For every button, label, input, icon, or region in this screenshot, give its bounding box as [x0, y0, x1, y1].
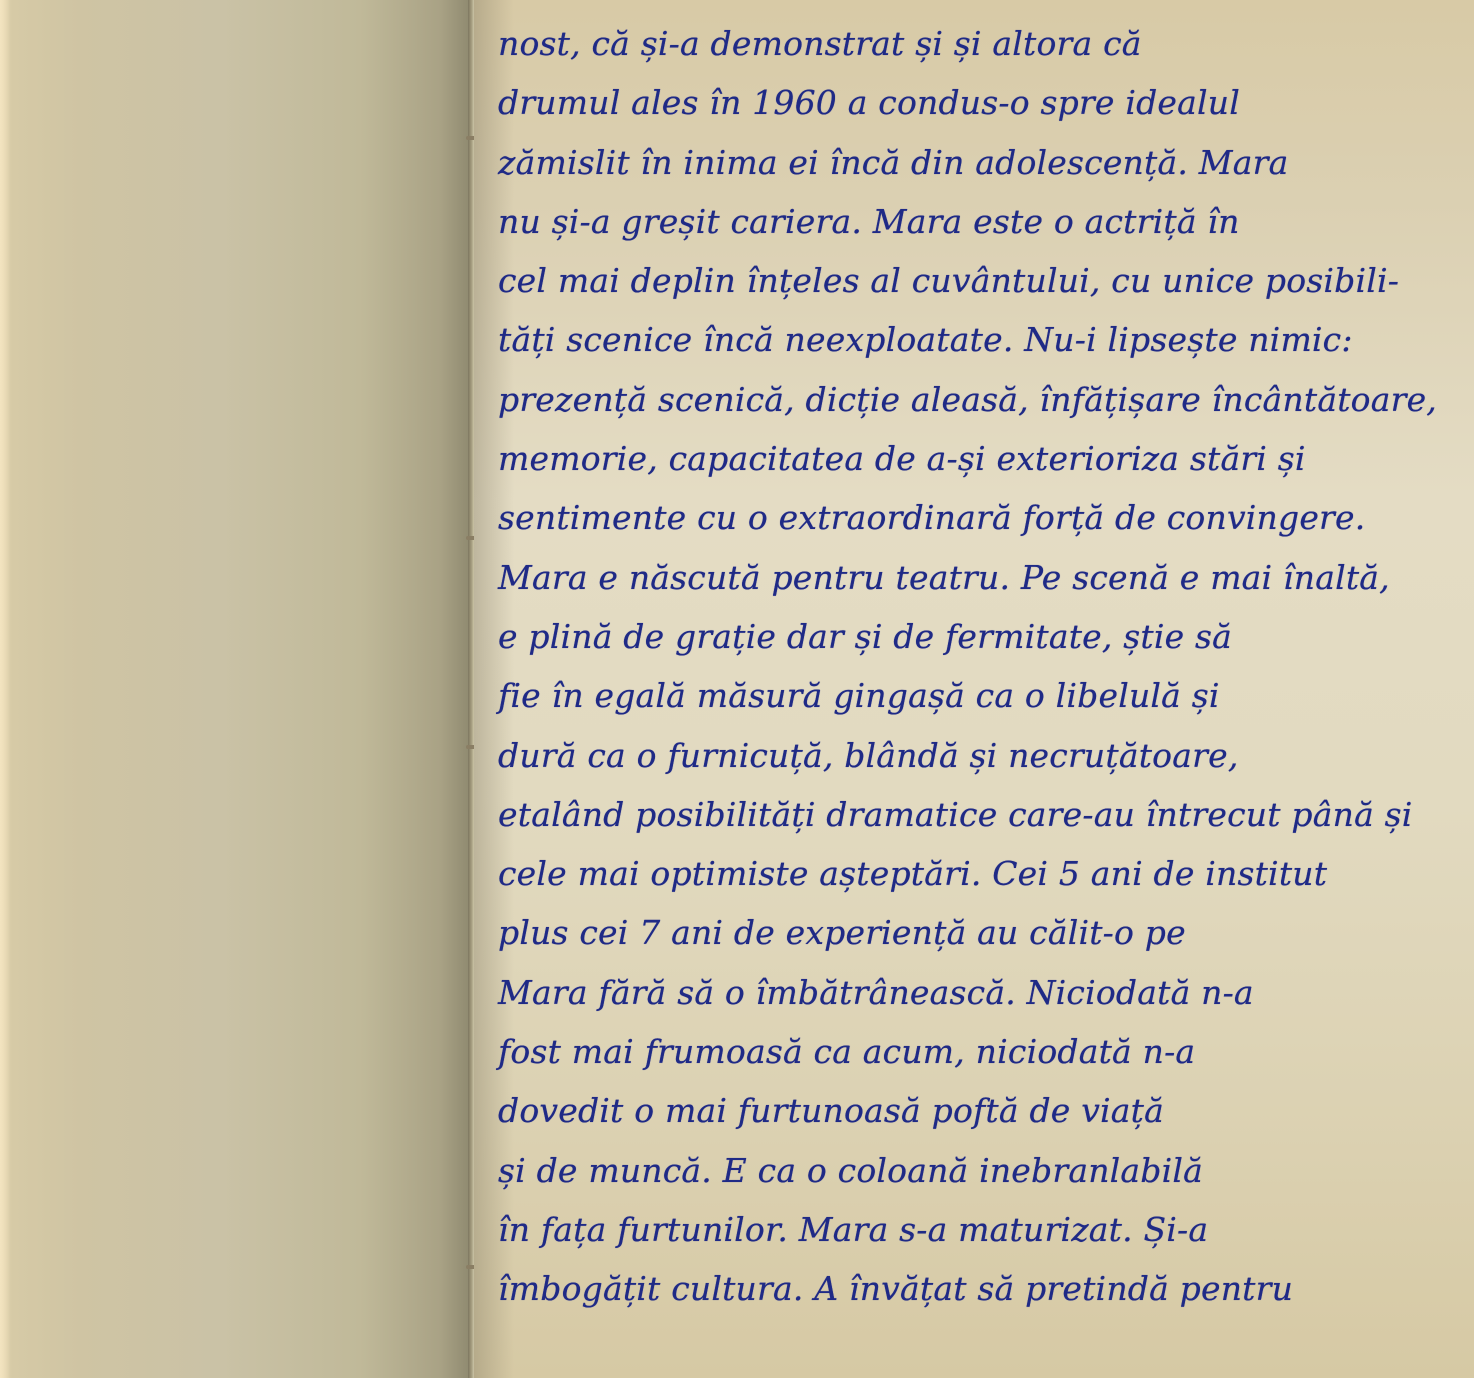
handwritten-line: dură ca o furnicuță, blândă și necruțăto… — [498, 726, 1468, 785]
handwritten-line: nu și-a greșit cariera. Mara este o actr… — [498, 192, 1468, 251]
handwritten-line: e plină de grație dar și de fermitate, ș… — [498, 607, 1468, 666]
right-page-handwritten: nost, că și-a demonstrat și și altora că… — [474, 0, 1474, 1378]
open-notebook: nost, că și-a demonstrat și și altora că… — [0, 0, 1474, 1378]
handwritten-line: în fața furtunilor. Mara s-a maturizat. … — [498, 1200, 1468, 1259]
handwritten-line: Mara e născută pentru teatru. Pe scenă e… — [498, 548, 1468, 607]
handwritten-line: plus cei 7 ani de experiență au călit-o … — [498, 903, 1468, 962]
handwritten-line: și de muncă. E ca o coloană inebranlabil… — [498, 1141, 1468, 1200]
handwritten-line: sentimente cu o extraordinară forță de c… — [498, 488, 1468, 547]
handwritten-text-block: nost, că și-a demonstrat și și altora că… — [498, 14, 1468, 1319]
handwritten-line: cel mai deplin înțeles al cuvântului, cu… — [498, 251, 1468, 310]
handwritten-line: etalând posibilități dramatice care-au î… — [498, 785, 1468, 844]
handwritten-line: cele mai optimiste așteptări. Cei 5 ani … — [498, 844, 1468, 903]
handwritten-line: dovedit o mai furtunoasă poftă de viață — [498, 1081, 1468, 1140]
handwritten-line: fie în egală măsură gingașă ca o libelul… — [498, 666, 1468, 725]
handwritten-line: zămislit în inima ei încă din adolescenț… — [498, 133, 1468, 192]
handwritten-line: tăți scenice încă neexploatate. Nu-i lip… — [498, 310, 1468, 369]
handwritten-line: prezență scenică, dicție aleasă, înfățiș… — [498, 370, 1468, 429]
handwritten-line: îmbogățit cultura. A învățat să pretindă… — [498, 1259, 1468, 1318]
handwritten-line: Mara fără să o îmbătrânească. Niciodată … — [498, 963, 1468, 1022]
handwritten-line: drumul ales în 1960 a condus-o spre idea… — [498, 73, 1468, 132]
handwritten-line: memorie, capacitatea de a-și exterioriza… — [498, 429, 1468, 488]
left-page-blank — [0, 0, 472, 1378]
handwritten-line: nost, că și-a demonstrat și și altora că — [498, 14, 1468, 73]
handwritten-line: fost mai frumoasă ca acum, niciodată n-a — [498, 1022, 1468, 1081]
